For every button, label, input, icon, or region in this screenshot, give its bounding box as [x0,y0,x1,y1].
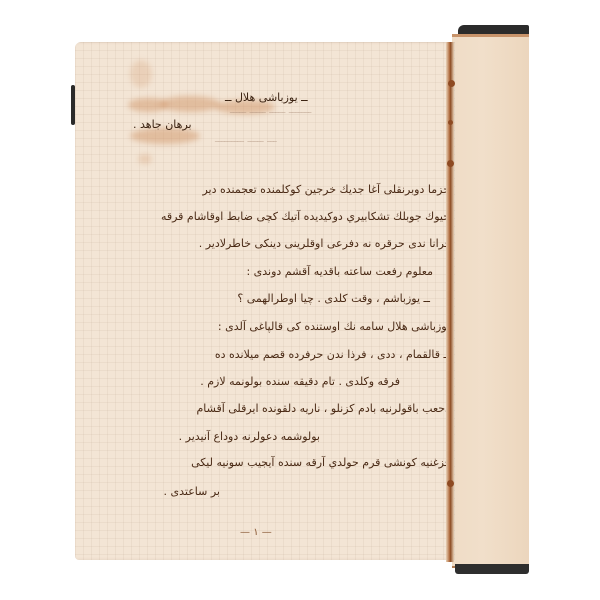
body-line: دحعب باقولرنيه بادم كزنلو ، ناريه دلقوند… [196,402,450,415]
body-line: قزغنيه كونشى قرم حولدي آرقه سنده آيجيب س… [191,456,450,469]
ink-stain [130,60,152,88]
binding-stitch [448,80,455,87]
faded-text: ـــ ـــــ ـــــــــ [215,132,277,145]
binding-stitch [448,120,453,125]
book-cover-bottom-edge [455,564,529,574]
faded-text: ـــــــ ـــــ ـــــ ـــــ [230,103,311,116]
binding-stitch [447,160,454,167]
body-line: يوزباشى هلال سامه نك اوستنده كى قالپاغى … [218,320,450,333]
body-line: بر ساعتدى . [164,485,220,498]
manuscript-book: ـــــــ ـــــ ـــــ ـــــ ـــ ـــــ ــــ… [0,0,600,600]
body-line: خزما دوبرنقلى آغا جديك خرجين كوكلمنده تع… [202,183,450,196]
author-name: برهان جاهد . [133,118,192,131]
body-line: قرانا ندى حرقره نه دفرعى اوقلرينى دينكى … [199,237,450,250]
binding-stitch [447,480,454,487]
body-line: ــ قالقمام ، ددى ، فرذا ندن حرفرده قصم م… [215,348,450,361]
ink-stain [160,96,220,112]
body-line: حيوك جوبلك تشكابيري دوكيديده آتيك كچى ضا… [161,210,450,223]
body-line: معلوم رفعت ساعته باقديه آقشم دوندى : [246,265,433,278]
ink-stain [138,154,152,164]
endpaper-right [452,34,529,568]
page-number: — ١ — [240,527,272,538]
body-line: ــ يوزباشم ، وقت كلدى . چيا اوطرالهمى ؟ [237,292,430,305]
endpaper-top-edge [452,34,529,37]
chapter-title: ــ يوزباشى هلال ــ [225,91,308,104]
body-line: بولوشمه دعولرنه دوداع آنيدير . [179,430,320,443]
body-line: فرقه وكلدى . تام دقيقه سنده بولونمه لازم… [200,375,400,388]
